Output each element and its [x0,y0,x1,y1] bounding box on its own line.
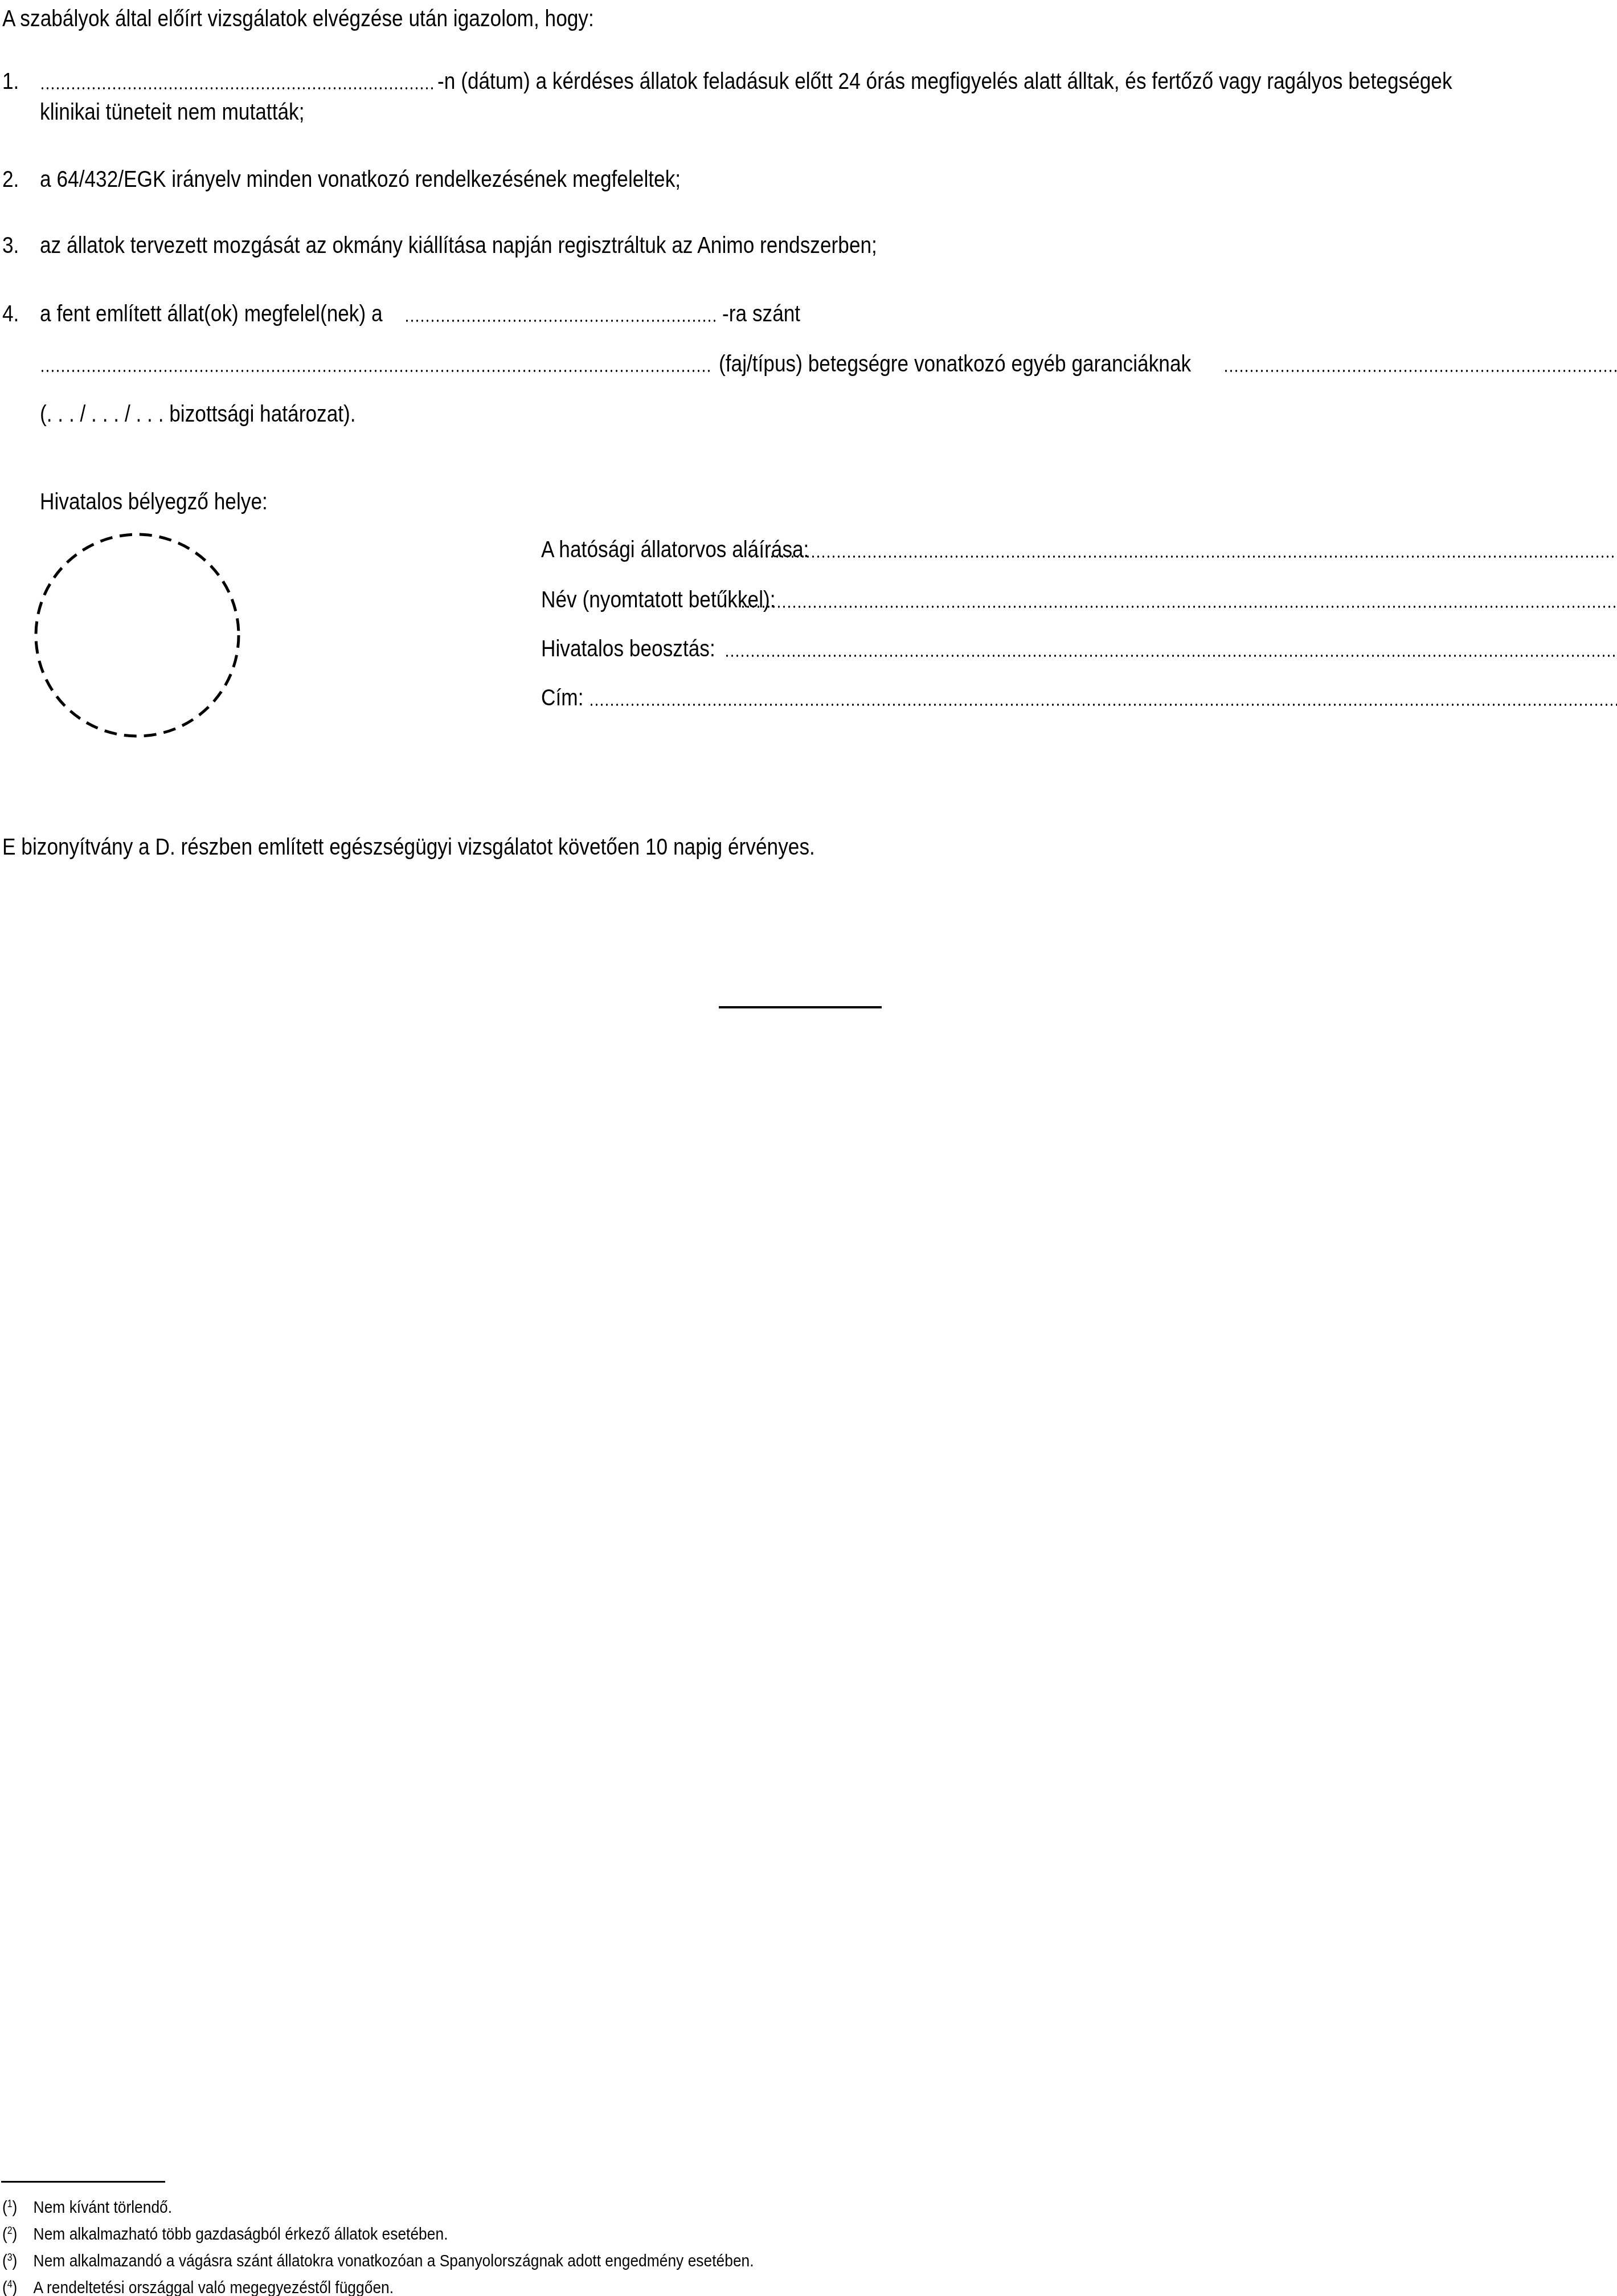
footnote-text: A rendeltetési országgal való megegyezés… [34,2278,394,2296]
item-3-number: 3. [2,231,19,259]
end-rule [719,1006,882,1008]
intro-text: A szabályok által előírt vizsgálatok elv… [2,5,594,32]
footnote-marker: 3 [7,2252,13,2263]
signature-label: A hatósági állatorvos aláírása: [541,536,715,563]
item-3-text: az állatok tervezett mozgását az okmány … [40,231,877,259]
footnote-rule [1,2181,165,2183]
position-field[interactable]: Hivatalos beosztás: [541,635,1617,662]
footnote-marker: 1 [7,2198,13,2209]
address-label: Cím: [541,684,578,711]
item-4-line-1: a fent említett állat(ok) megfelel(nek) … [40,300,813,327]
guarantees-blank[interactable] [1223,370,1617,372]
name-field[interactable]: Név (nyomtatott betűkkel): [541,586,1617,613]
footnote-text: Nem alkalmazandó a vágásra szánt állatok… [34,2252,754,2270]
stamp-label: Hivatalos bélyegző helye: [40,488,268,515]
footnote-text: Nem kívánt törlendő. [34,2198,173,2217]
name-label: Név (nyomtatott betűkkel): [541,586,707,613]
item-2-text: a 64/432/EGK irányelv minden vonatkozó r… [40,165,681,193]
item-4-text-after: -ra szánt [722,300,800,327]
item-4-number: 4. [2,300,19,327]
address-blank[interactable] [589,704,1617,706]
footnote-marker: 4 [7,2278,13,2290]
date-blank[interactable] [40,87,434,89]
destination-blank[interactable] [404,320,719,322]
address-field[interactable]: Cím: [541,684,1617,711]
position-blank[interactable] [724,655,1617,657]
item-4-text-before: a fent említett állat(ok) megfelel(nek) … [40,300,353,327]
species-blank[interactable] [40,370,712,372]
footnote-marker: 2 [7,2225,13,2236]
item-4-decision-ref: (. . . / . . . / . . . bizottsági határo… [40,400,356,427]
item-2-number: 2. [2,165,19,193]
footnote-3: (3)Nem alkalmazandó a vágásra szánt álla… [2,2247,754,2272]
item-4-line-2: (faj/típus) betegségre vonatkozó egyéb g… [40,350,1617,377]
stamp-area-icon [34,533,240,738]
item-1-text: -n (dátum) a kérdéses állatok feladásuk … [437,67,1452,95]
name-blank[interactable] [740,606,1617,608]
signature-blank[interactable] [749,555,1617,558]
item-4-text-middle: (faj/típus) betegségre vonatkozó egyéb g… [719,350,1150,377]
footnote-1: (1)Nem kívánt törlendő. [2,2193,172,2218]
item-1-continuation: klinikai tüneteit nem mutatták; [40,98,304,125]
footnote-text: Nem alkalmazható több gazdaságból érkező… [34,2225,448,2244]
footnote-2: (2)Nem alkalmazható több gazdaságból érk… [2,2220,448,2245]
signature-field[interactable]: A hatósági állatorvos aláírása: [541,536,1617,563]
item-1-number: 1. [2,67,19,95]
item-1-line: -n (dátum) a kérdéses állatok feladásuk … [40,67,1617,95]
validity-text: E bizonyítvány a D. részben említett egé… [2,833,815,860]
footnote-4: (4)A rendeltetési országgal való megegye… [2,2274,394,2296]
position-label: Hivatalos beosztás: [541,635,694,662]
